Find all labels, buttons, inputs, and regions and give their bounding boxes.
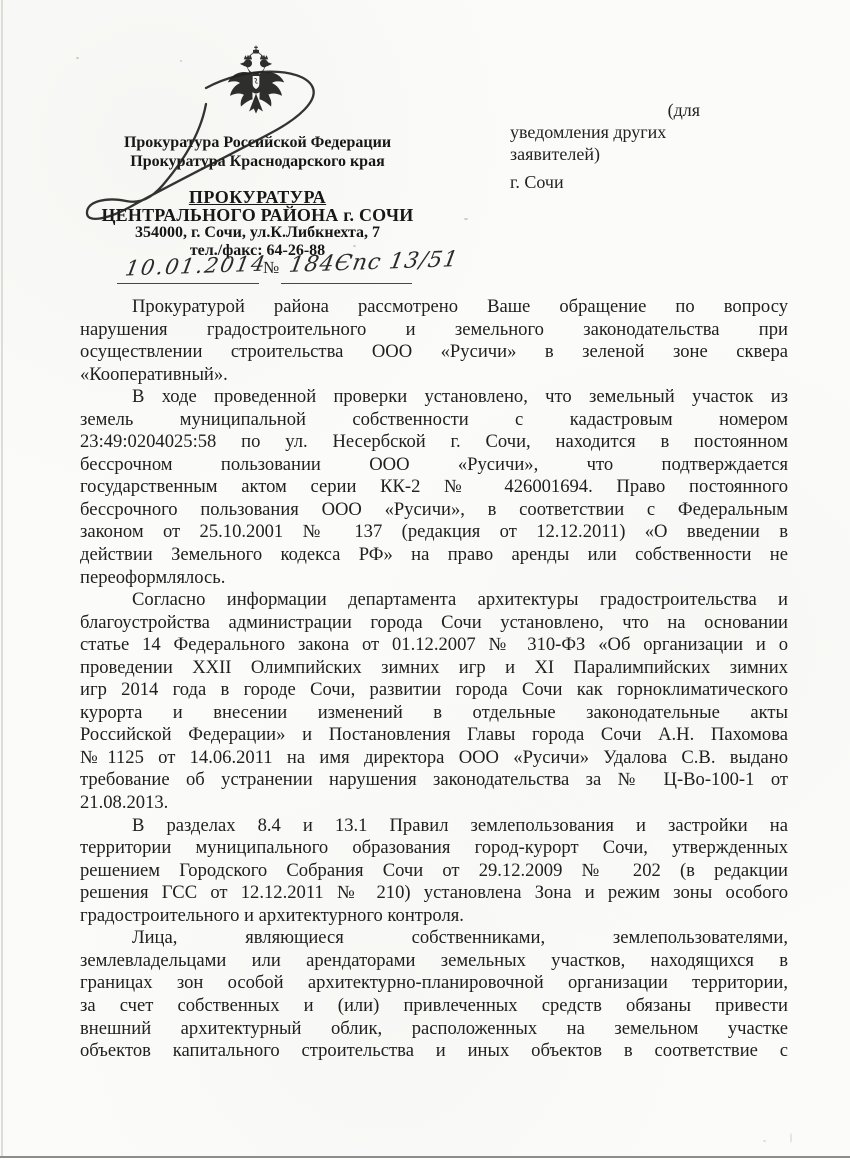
- body-line: за счет собственных и (или) привлеченных…: [80, 995, 788, 1018]
- body-line: Прокуратурой района рассмотрено Ваше обр…: [80, 296, 788, 319]
- letterhead-address: 354000, г. Сочи, ул.К.Либкнехта, 7: [85, 224, 430, 242]
- body-line: землевладельцами или арендаторами земель…: [80, 950, 788, 973]
- body-line: границах зон особой архитектурно-планиро…: [80, 972, 788, 995]
- body-line: статье 14 Федерального закона от 01.12.2…: [80, 634, 788, 657]
- body-line: законом от 25.10.2001 № 137 (редакция от…: [80, 521, 788, 544]
- letterhead-office-line2: ЦЕНТРАЛЬНОГО РАЙОНА г. СОЧИ: [85, 205, 430, 226]
- recipient-note: (для уведомления других заявителей): [510, 99, 700, 165]
- body-line: В разделах 8.4 и 13.1 Правил землепользо…: [80, 815, 788, 838]
- scan-left-edge: [1, 0, 3, 1170]
- number-form-line: [281, 283, 412, 284]
- body-line: бессрочного пользования ООО «Русичи», в …: [80, 499, 788, 522]
- body-line: благоустройства администрации города Соч…: [80, 612, 788, 635]
- body-line: курорта и внесении изменений в отдельные…: [80, 702, 788, 725]
- recipient-note-line3: заявителей): [510, 143, 700, 165]
- body-line: 23:49:0204025:58 по ул. Несербской г. Со…: [80, 431, 788, 454]
- body-line: №1125 от 14.06.2011 на имя директора ООО…: [80, 747, 788, 770]
- body-line: территории муниципального образования го…: [80, 837, 788, 860]
- body-line: государственным актом серии КК-2 № 42600…: [80, 476, 788, 499]
- date-form-line: [117, 283, 259, 284]
- document-body: Прокуратурой района рассмотрено Ваше обр…: [80, 296, 788, 1063]
- scan-speck: [464, 218, 468, 220]
- body-line: объектов капитального строительства и ин…: [80, 1040, 788, 1063]
- body-line: нарушения градостроительного и земельног…: [80, 319, 788, 342]
- body-line: бессрочном пользовании ООО «Русичи», что…: [80, 454, 788, 477]
- scan-speck: [790, 1133, 792, 1143]
- number-sign: №: [263, 258, 279, 278]
- scan-speck: [180, 60, 182, 62]
- body-line: «Кооперативный».: [80, 364, 788, 387]
- body-line: градостроительного и архитектурного конт…: [80, 905, 788, 928]
- body-line: 21.08.2013.: [80, 792, 788, 815]
- body-line: осуществлении строительства ООО «Русичи»…: [80, 341, 788, 364]
- city-label: г. Сочи: [510, 172, 564, 193]
- recipient-note-line2: уведомления других: [510, 121, 700, 143]
- body-line: требование об устранении нарушения закон…: [80, 769, 788, 792]
- handwritten-number: 184Єпс 13/51: [287, 247, 460, 278]
- handwritten-date: 10.01.2014: [123, 252, 268, 281]
- body-line: решением Городского Собрания Сочи от 29.…: [80, 860, 788, 883]
- body-line: Российской Федерации» и Постановления Гл…: [80, 724, 788, 747]
- scan-below-edge: [0, 1158, 850, 1170]
- body-line: решения ГСС от 12.12.2011 № 210) установ…: [80, 882, 788, 905]
- scan-speck: [76, 57, 79, 59]
- recipient-note-line1: (для: [510, 99, 700, 121]
- coat-of-arms-icon: [224, 44, 288, 120]
- letterhead-org-line1: Прокуратура Российской Федерации: [85, 134, 430, 152]
- body-line: земель муниципальной собственности с кад…: [80, 409, 788, 432]
- scanned-letter-page: Прокуратура Российской Федерации Прокура…: [0, 0, 850, 1170]
- scan-speck: [763, 1140, 766, 1142]
- body-line: игр 2014 года в городе Сочи, развитии го…: [80, 679, 788, 702]
- letterhead-org-line2: Прокуратура Краснодарского края: [85, 153, 430, 171]
- body-line: В ходе проведенной проверки установлено,…: [80, 386, 788, 409]
- body-line: действии Земельного кодекса РФ» на право…: [80, 544, 788, 567]
- body-line: переоформлялось.: [80, 567, 788, 590]
- body-line: Лица, являющиеся собственниками, землепо…: [80, 927, 788, 950]
- body-line: проведении XXII Олимпийских зимних игр и…: [80, 657, 788, 680]
- body-line: внешний архитектурный облик, расположенн…: [80, 1018, 788, 1041]
- body-line: Согласно информации департамента архитек…: [80, 589, 788, 612]
